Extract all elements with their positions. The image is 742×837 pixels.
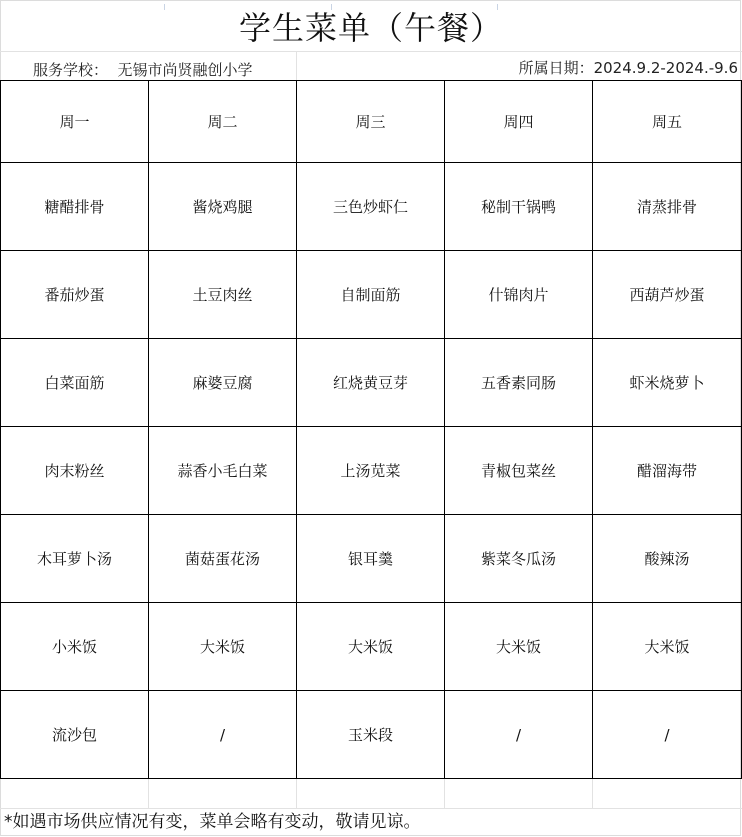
weekday-header: 周五 — [593, 81, 742, 163]
dish-cell: 蒜香小毛白菜 — [149, 427, 297, 515]
dish-row-extra: 流沙包 / 玉米段 / / — [1, 691, 742, 779]
column-marker — [497, 4, 498, 10]
dish-cell: 土豆肉丝 — [149, 251, 297, 339]
dish-cell: 虾米烧萝卜 — [593, 339, 742, 427]
dish-row-soup: 木耳萝卜汤 菌菇蛋花汤 银耳羹 紫菜冬瓜汤 酸辣汤 — [1, 515, 742, 603]
dish-cell: 清蒸排骨 — [593, 163, 742, 251]
dish-cell: 肉末粉丝 — [1, 427, 149, 515]
dish-cell: 银耳羹 — [297, 515, 445, 603]
date-range: 所属日期：2024.9.2-2024.-9.6 — [519, 57, 738, 78]
footnote: *如遇市场供应情况有变，菜单会略有变动，敬请见谅。 — [0, 808, 742, 837]
dish-cell: 西葫芦炒蛋 — [593, 251, 742, 339]
page-title: 学生菜单（午餐） — [0, 0, 742, 52]
dish-cell: 大米饭 — [593, 603, 742, 691]
dish-row-vegetable: 肉末粉丝 蒜香小毛白菜 上汤苋菜 青椒包菜丝 醋溜海带 — [1, 427, 742, 515]
dish-cell: 番茄炒蛋 — [1, 251, 149, 339]
dish-cell: 醋溜海带 — [593, 427, 742, 515]
column-marker — [164, 4, 165, 10]
dish-cell: 菌菇蛋花汤 — [149, 515, 297, 603]
grid-line — [296, 779, 297, 808]
dish-cell: 糖醋排骨 — [1, 163, 149, 251]
grid-line — [592, 779, 593, 808]
column-marker — [331, 4, 332, 10]
dish-cell: 木耳萝卜汤 — [1, 515, 149, 603]
dish-cell: 小米饭 — [1, 603, 149, 691]
dish-cell: 玉米段 — [297, 691, 445, 779]
dish-row-side-1: 番茄炒蛋 土豆肉丝 自制面筋 什锦肉片 西葫芦炒蛋 — [1, 251, 742, 339]
dish-cell: / — [149, 691, 297, 779]
blank-row — [0, 779, 742, 808]
dish-cell: 紫菜冬瓜汤 — [445, 515, 593, 603]
dish-cell: 秘制干锅鸭 — [445, 163, 593, 251]
dish-cell: 麻婆豆腐 — [149, 339, 297, 427]
dish-cell: 三色炒虾仁 — [297, 163, 445, 251]
dish-row-main: 糖醋排骨 酱烧鸡腿 三色炒虾仁 秘制干锅鸭 清蒸排骨 — [1, 163, 742, 251]
weekday-header: 周三 — [297, 81, 445, 163]
dish-cell: 流沙包 — [1, 691, 149, 779]
grid-line — [444, 779, 445, 808]
menu-table: 周一 周二 周三 周四 周五 糖醋排骨 酱烧鸡腿 三色炒虾仁 秘制干锅鸭 清蒸排… — [0, 80, 742, 779]
dish-cell: 大米饭 — [445, 603, 593, 691]
dish-cell: 酱烧鸡腿 — [149, 163, 297, 251]
grid-line — [148, 779, 149, 808]
dish-cell: 酸辣汤 — [593, 515, 742, 603]
dish-cell: 五香素同肠 — [445, 339, 593, 427]
dish-cell: 什锦肉片 — [445, 251, 593, 339]
dish-row-staple: 小米饭 大米饭 大米饭 大米饭 大米饭 — [1, 603, 742, 691]
menu-sheet: 学生菜单（午餐） 服务学校： 无锡市尚贤融创小学 所属日期：2024.9.2-2… — [0, 0, 742, 837]
weekday-header: 周一 — [1, 81, 149, 163]
dish-cell: 青椒包菜丝 — [445, 427, 593, 515]
weekday-header-row: 周一 周二 周三 周四 周五 — [1, 81, 742, 163]
dish-cell: 白菜面筋 — [1, 339, 149, 427]
info-divider — [296, 52, 297, 80]
dish-row-side-2: 白菜面筋 麻婆豆腐 红烧黄豆芽 五香素同肠 虾米烧萝卜 — [1, 339, 742, 427]
dish-cell: 红烧黄豆芽 — [297, 339, 445, 427]
dish-cell: 大米饭 — [297, 603, 445, 691]
school-info: 服务学校： 无锡市尚贤融创小学 — [33, 59, 253, 80]
weekday-header: 周二 — [149, 81, 297, 163]
info-row: 服务学校： 无锡市尚贤融创小学 所属日期：2024.9.2-2024.-9.6 — [0, 52, 742, 80]
dish-cell: / — [445, 691, 593, 779]
dish-cell: 大米饭 — [149, 603, 297, 691]
dish-cell: 自制面筋 — [297, 251, 445, 339]
dish-cell: 上汤苋菜 — [297, 427, 445, 515]
dish-cell: / — [593, 691, 742, 779]
weekday-header: 周四 — [445, 81, 593, 163]
